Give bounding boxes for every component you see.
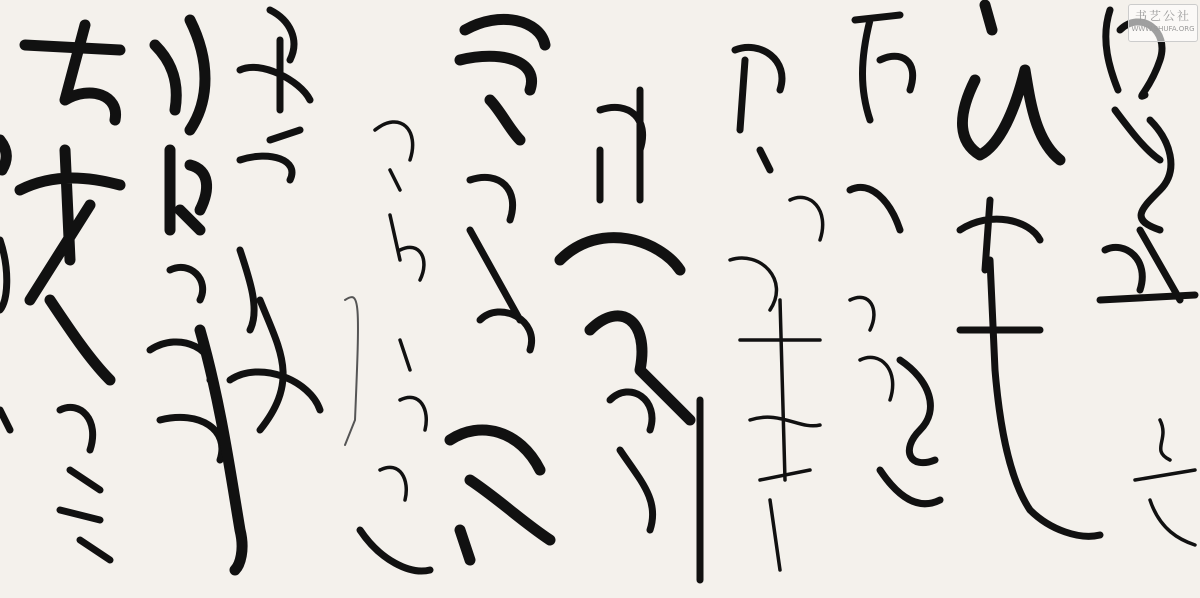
column-1 (1100, 10, 1195, 545)
column-6 (450, 19, 550, 560)
column-5 (560, 90, 700, 580)
watermark-url: WWW.SHUFA.ORG (1129, 24, 1197, 34)
watermark-chinese: 书艺公社 (1129, 8, 1197, 24)
column-9 (150, 20, 242, 570)
column-2 (960, 5, 1100, 536)
column-8 (230, 10, 320, 430)
column-4 (730, 47, 823, 570)
watermark: 书艺公社 WWW.SHUFA.ORG (1128, 4, 1198, 42)
calligraphy-artwork: 书艺公社 WWW.SHUFA.ORG Chinese cursive calli… (0, 0, 1200, 598)
column-3 (850, 15, 940, 504)
calligraphy-strokes (0, 0, 1200, 598)
column-10 (20, 25, 120, 560)
column-7 (345, 122, 430, 571)
column-11 (0, 140, 10, 430)
